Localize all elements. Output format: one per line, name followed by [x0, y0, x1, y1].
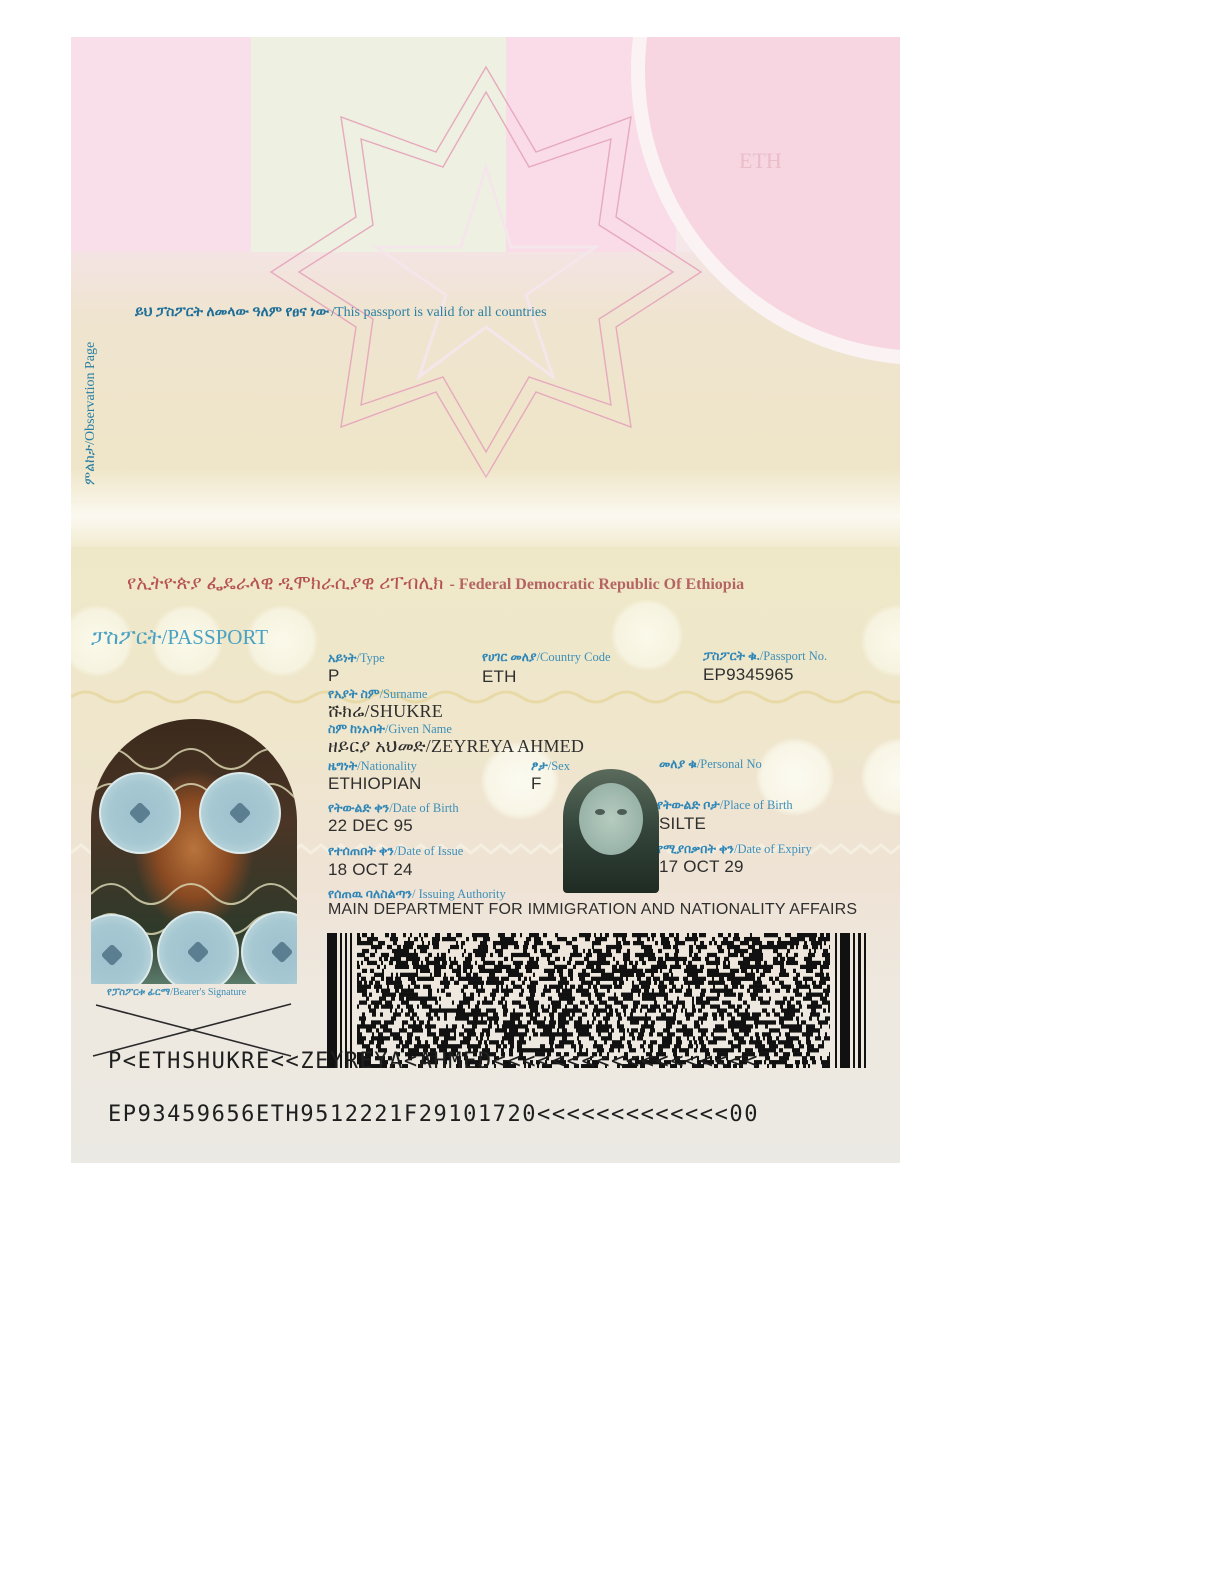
guilloche-wave — [71, 687, 900, 707]
country-code-value: ETH — [482, 667, 517, 687]
document-title: ፓስፖርት/PASSPORT — [91, 625, 268, 650]
bearer-signature-label: የፓስፖርቱ ፊርማ/Bearer's Signature — [107, 987, 246, 998]
page-fold-glare — [71, 467, 900, 557]
passport-no-label: ፓስፖርት ቁ./Passport No. — [703, 649, 827, 664]
place-of-birth-value: SILTE — [659, 814, 706, 834]
personal-no-label: መለያ ቁ/Personal No — [659, 757, 762, 772]
country-heading: የኢትዮጵያ ፌዴራላዊ ዲሞክራሲያዊ ሪፐብሊክ- Federal Demo… — [127, 573, 744, 595]
place-of-birth-label: የትውልድ ቦታ/Place of Birth — [657, 798, 793, 813]
type-value: P — [328, 666, 340, 686]
date-of-expiry-label: የሚያበቃበት ቀን/Date of Expiry — [657, 842, 812, 857]
passport-scan: ETH ይህ ፓስፖርት ለመላው ዓለም የፀና ነው/This passpo… — [71, 37, 900, 1163]
given-name-value: ዘይርያ አህመድ/ZEYREYA AHMED — [328, 736, 584, 757]
country-code-label: የሀገር መለያ/Country Code — [482, 650, 611, 665]
date-of-expiry-value: 17 OCT 29 — [659, 857, 744, 877]
hologram-lens — [99, 772, 181, 854]
given-name-label: ስም ከነአባት/Given Name — [328, 722, 452, 737]
nationality-value: ETHIOPIAN — [328, 774, 421, 794]
type-label: አይነት/Type — [328, 651, 385, 666]
observation-page-label: ምልከታ/Observation Page — [83, 342, 99, 485]
date-of-birth-value: 22 DEC 95 — [328, 816, 413, 836]
observation-page: ETH ይህ ፓስፖርት ለመላው ዓለም የፀና ነው/This passpo… — [71, 37, 900, 547]
surname-label: የአያት ስም/Surname — [328, 687, 427, 702]
date-of-issue-label: የተሰጠበት ቀን/Date of Issue — [328, 844, 463, 859]
mrz-line-2: EP93459656ETH9512221F29101720<<<<<<<<<<<… — [108, 1102, 759, 1127]
emblem-rosette-watermark — [261, 57, 711, 507]
hologram-lens — [199, 772, 281, 854]
passport-data-page: የኢትዮጵያ ፌዴራላዊ ዲሞክራሲያዊ ሪፐብሊክ- Federal Demo… — [71, 547, 900, 1163]
mrz-line-1: P<ETHSHUKRE<<ZEYREYA<AHMED<<<<<<<<<<<<<<… — [108, 1049, 759, 1074]
nationality-label: ዜግነት/Nationality — [328, 759, 417, 774]
hologram-lens — [157, 911, 239, 984]
validity-statement: ይህ ፓስፖርት ለመላው ዓለም የፀና ነው/This passport i… — [135, 305, 547, 321]
issuing-authority-value: MAIN DEPARTMENT FOR IMMIGRATION AND NATI… — [328, 901, 857, 919]
date-of-issue-value: 18 OCT 24 — [328, 860, 413, 880]
date-of-birth-label: የትውልድ ቀን/Date of Birth — [328, 801, 459, 816]
pdf417-barcode — [327, 933, 870, 1068]
surname-value: ሹክሬ/SHUKRE — [328, 701, 443, 722]
sex-label: ፆታ/Sex — [531, 759, 570, 774]
holder-photo — [91, 719, 297, 984]
sex-value: F — [531, 774, 542, 794]
ghost-photo — [563, 769, 659, 893]
eth-watermark: ETH — [739, 149, 759, 173]
issuing-authority-label: የሰጠዉ ባለስልጣን/ Issuing Authority — [328, 887, 506, 902]
passport-no-value: EP9345965 — [703, 665, 794, 685]
